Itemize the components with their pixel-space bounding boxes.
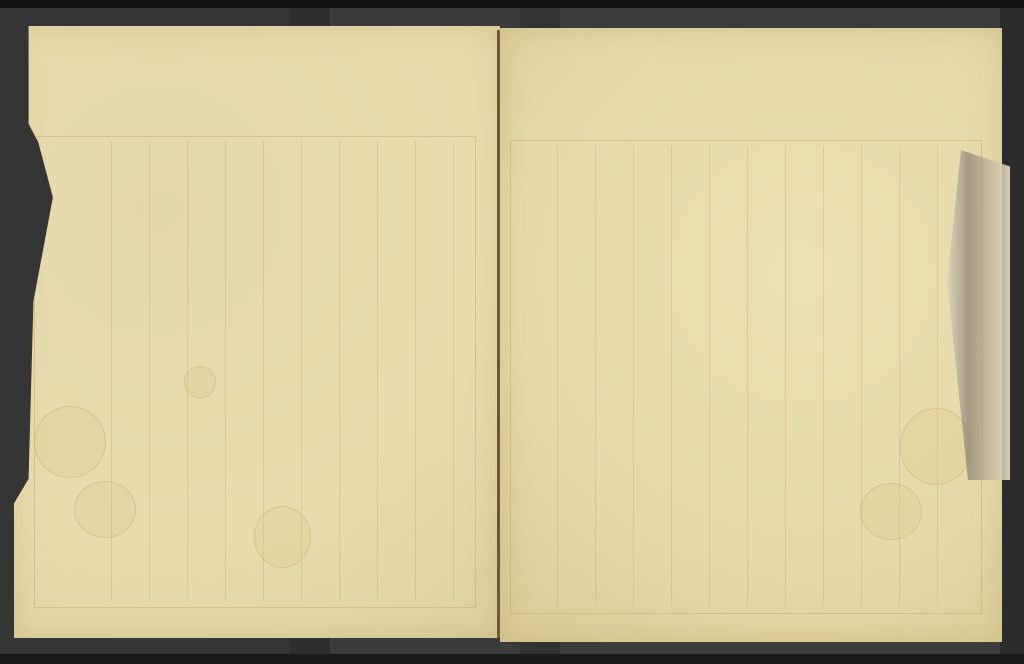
right-page xyxy=(500,28,1002,642)
water-stain xyxy=(254,506,311,568)
water-stain xyxy=(184,366,216,398)
water-stain xyxy=(74,481,136,538)
water-stain xyxy=(34,406,106,478)
water-stain xyxy=(860,483,922,540)
bottom-border xyxy=(0,654,1024,664)
top-border xyxy=(0,0,1024,8)
left-page xyxy=(14,26,500,638)
water-stain xyxy=(900,408,972,485)
